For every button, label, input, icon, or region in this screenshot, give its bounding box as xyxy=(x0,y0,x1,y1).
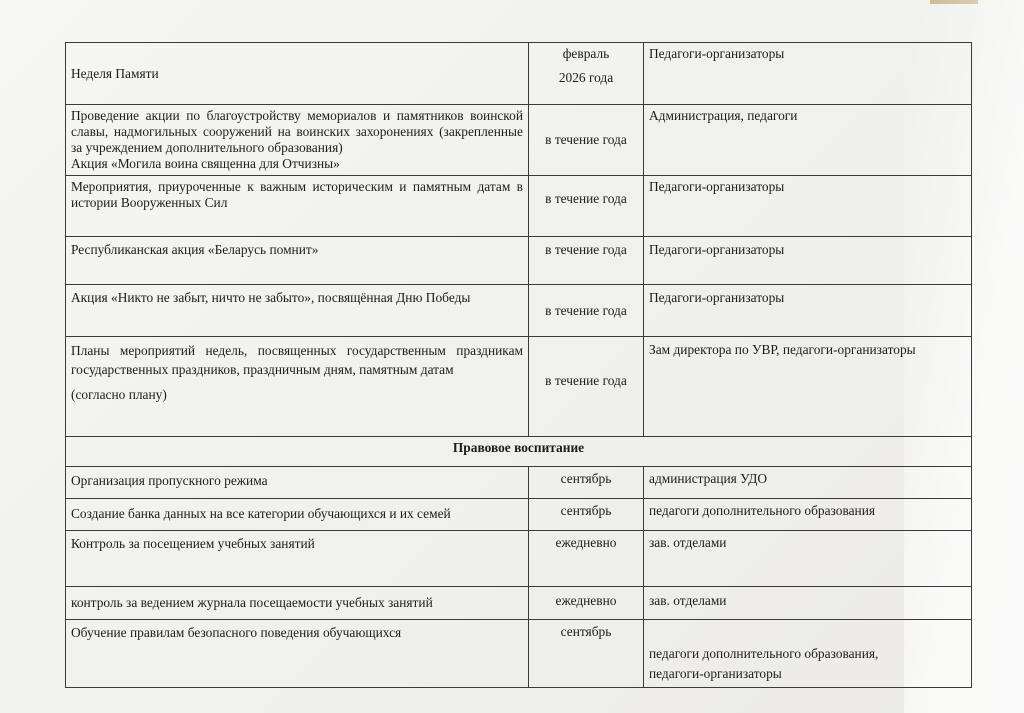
event-text: Мероприятия, приуроченные к важным истор… xyxy=(71,179,523,210)
term-cell: сентябрь xyxy=(529,467,644,499)
term-cell: сентябрь xyxy=(529,499,644,531)
event-cell: Планы мероприятий недель, посвященных го… xyxy=(66,337,529,437)
term-text: сентябрь xyxy=(561,503,612,518)
responsible-text: зав. отделами xyxy=(649,535,726,550)
responsible-text: педагоги дополнительного образования xyxy=(649,503,875,518)
term-cell: ежедневно xyxy=(529,587,644,620)
table-row: Неделя Памяти февраль 2026 года Педагоги… xyxy=(66,43,972,105)
responsible-cell: администрация УДО xyxy=(644,467,972,499)
responsible-text: Администрация, педагоги xyxy=(649,108,797,123)
table-row: Республиканская акция «Беларусь помнит» … xyxy=(66,237,972,285)
event-cell: Создание банка данных на все категории о… xyxy=(66,499,529,531)
event-text: Проведение акции по благоустройству мемо… xyxy=(71,108,523,156)
table-row: Контроль за посещением учебных занятий е… xyxy=(66,531,972,587)
term-text: ежедневно xyxy=(556,593,617,608)
table-row: Обучение правилам безопасного поведения … xyxy=(66,620,972,688)
responsible-text: Педагоги-организаторы xyxy=(649,46,784,61)
section-title: Правовое воспитание xyxy=(66,437,972,467)
event-text: контроль за ведением журнала посещаемост… xyxy=(71,595,433,610)
event-text: Неделя Памяти xyxy=(71,66,159,81)
event-cell: Контроль за посещением учебных занятий xyxy=(66,531,529,587)
term-text: февраль xyxy=(563,46,610,61)
term-text: в течение года xyxy=(545,373,627,388)
responsible-text: Педагоги-организаторы xyxy=(649,242,784,257)
event-cell: Мероприятия, приуроченные к важным истор… xyxy=(66,176,529,237)
event-cell: Неделя Памяти xyxy=(66,43,529,105)
responsible-cell: Педагоги-организаторы xyxy=(644,285,972,337)
event-cell: Обучение правилам безопасного поведения … xyxy=(66,620,529,688)
event-cell: Проведение акции по благоустройству мемо… xyxy=(66,105,529,176)
table-row: Мероприятия, приуроченные к важным истор… xyxy=(66,176,972,237)
table-row: Акция «Никто не забыт, ничто не забыто»,… xyxy=(66,285,972,337)
event-cell: контроль за ведением журнала посещаемост… xyxy=(66,587,529,620)
table-row: контроль за ведением журнала посещаемост… xyxy=(66,587,972,620)
event-text: Создание банка данных на все категории о… xyxy=(71,506,451,521)
section-header-row: Правовое воспитание xyxy=(66,437,972,467)
event-cell: Акция «Никто не забыт, ничто не забыто»,… xyxy=(66,285,529,337)
term-cell: ежедневно xyxy=(529,531,644,587)
event-text: Организация пропускного режима xyxy=(71,473,268,488)
responsible-text: Зам директора по УВР, педагоги-организат… xyxy=(649,342,916,357)
responsible-cell: Зам директора по УВР, педагоги-организат… xyxy=(644,337,972,437)
responsible-cell: педагоги дополнительного образования xyxy=(644,499,972,531)
term-cell: в течение года xyxy=(529,337,644,437)
term-cell: сентябрь xyxy=(529,620,644,688)
activity-plan-table: Неделя Памяти февраль 2026 года Педагоги… xyxy=(65,42,972,688)
term-cell: февраль 2026 года xyxy=(529,43,644,105)
responsible-cell: Администрация, педагоги xyxy=(644,105,972,176)
table-row: Организация пропускного режима сентябрь … xyxy=(66,467,972,499)
term-text: в течение года xyxy=(545,132,627,147)
table-row: Планы мероприятий недель, посвященных го… xyxy=(66,337,972,437)
event-text: Планы мероприятий недель, посвященных го… xyxy=(71,341,523,379)
responsible-text: зав. отделами xyxy=(649,593,726,608)
responsible-cell: Педагоги-организаторы xyxy=(644,176,972,237)
term-text: в течение года xyxy=(545,191,627,206)
responsible-text: Педагоги-организаторы xyxy=(649,179,784,194)
responsible-cell: зав. отделами xyxy=(644,531,972,587)
responsible-cell: зав. отделами xyxy=(644,587,972,620)
event-text: Контроль за посещением учебных занятий xyxy=(71,536,315,551)
event-text: Акция «Могила воина священна для Отчизны… xyxy=(71,156,523,172)
responsible-cell: Педагоги-организаторы xyxy=(644,43,972,105)
term-text: 2026 года xyxy=(559,70,613,85)
term-text: в течение года xyxy=(545,242,627,257)
term-cell: в течение года xyxy=(529,237,644,285)
responsible-text: Педагоги-организаторы xyxy=(649,290,784,305)
term-text: сентябрь xyxy=(561,471,612,486)
responsible-text: администрация УДО xyxy=(649,471,767,486)
term-text: сентябрь xyxy=(561,624,612,639)
term-cell: в течение года xyxy=(529,176,644,237)
responsible-cell: педагоги дополнительного образования, пе… xyxy=(644,620,972,688)
table-row: Проведение акции по благоустройству мемо… xyxy=(66,105,972,176)
event-text: (согласно плану) xyxy=(71,385,523,404)
term-cell: в течение года xyxy=(529,105,644,176)
event-cell: Республиканская акция «Беларусь помнит» xyxy=(66,237,529,285)
responsible-text: педагоги дополнительного образования, пе… xyxy=(649,646,878,681)
term-text: ежедневно xyxy=(556,535,617,550)
term-cell: в течение года xyxy=(529,285,644,337)
event-text: Республиканская акция «Беларусь помнит» xyxy=(71,242,318,257)
event-text: Акция «Никто не забыт, ничто не забыто»,… xyxy=(71,290,470,305)
event-cell: Организация пропускного режима xyxy=(66,467,529,499)
term-text: в течение года xyxy=(545,303,627,318)
table-row: Создание банка данных на все категории о… xyxy=(66,499,972,531)
responsible-cell: Педагоги-организаторы xyxy=(644,237,972,285)
event-text: Обучение правилам безопасного поведения … xyxy=(71,625,401,640)
